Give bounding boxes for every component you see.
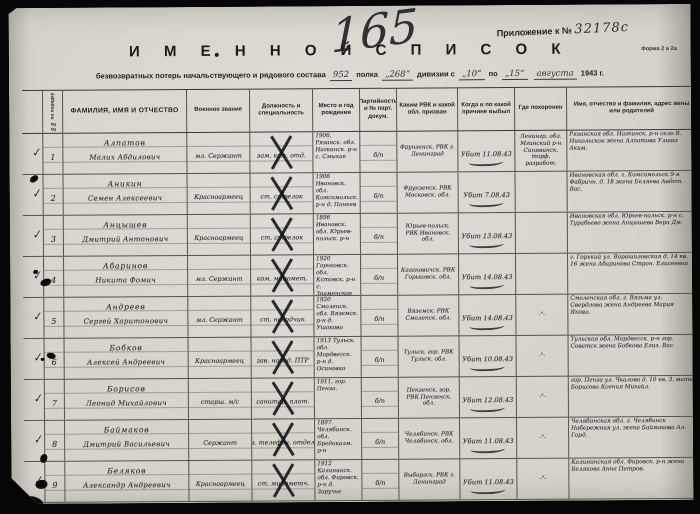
birth-cell: 1912 Калининск. обл. Фировск. р-н д. Зар… (314, 460, 361, 500)
birth-cell: 1906, Рязанск. обл. Нагкинск. р-н с. Смы… (312, 132, 359, 172)
col-header-name: ФАМИЛИЯ, ИМЯ И ОТЧЕСТВО (62, 90, 186, 133)
family-address: Смоленская обл. г. Вязьма ул. Свердлова … (568, 294, 697, 318)
name-cell: Анцышев Дмитрий Антонович (63, 215, 187, 256)
rank: Красноармеец (195, 359, 244, 366)
birth-place-year: 1920 Смоленск. обл. Вяземск. р-н д. Ушак… (314, 296, 360, 333)
casualty-record: Убит 13.08.43 (462, 233, 513, 240)
name-cell: Баймаков Дмитрий Васильевич (64, 420, 188, 461)
col-header-rank: Военное звание (186, 90, 249, 132)
rank-cell: старш. м/с (188, 379, 251, 419)
family-cell: Смоленская обл. г. Вязьма ул. Свердлова … (567, 294, 698, 335)
rank-cell: Сержант (188, 420, 251, 460)
burial-cell (515, 172, 567, 212)
row-number-cell: 1 (42, 134, 62, 174)
recruiting-office: Выборгск. РВК г. Ленинград (399, 459, 459, 499)
party-cell: б/п (360, 173, 397, 213)
casualty-record: Убит 11.08.43 (463, 479, 514, 486)
rvk-cell: Тульск. гор. РВК Тульск. обл. (398, 336, 459, 376)
table-row: ✓ 5 Андреев Сергей Харитонович мл. Сержа… (23, 294, 699, 339)
burial-cell: -"- (516, 418, 568, 458)
month-name: августа (533, 69, 576, 80)
row-number: 6 (52, 358, 57, 366)
document-title: И М Е Н Н О Й С П И С О К (9, 40, 691, 61)
subtitle-po: по (489, 69, 498, 78)
name-cell: Борисов Леонид Михайлович (64, 379, 188, 420)
casualty-record: Убит 14.08.43 (462, 315, 513, 322)
burial-place: -"- (517, 336, 568, 376)
margin-cell: ✓ (23, 257, 43, 297)
family-address: Ивановская обл. Юрьев-польск. р-н с. Тур… (568, 212, 697, 229)
recruiting-office: Юрьев-польск. РВК Ивановск. обл. (398, 213, 458, 253)
party-status: б/п (373, 153, 383, 159)
recruiting-office: Кагановичск. РВК Горьковск. обл. (398, 254, 458, 294)
family-cell: Челябинская обл. г. Челябинск Набережная… (568, 417, 699, 458)
appendix-label: Приложение к № (496, 25, 572, 38)
row-number: 4 (51, 276, 56, 284)
party-cell: б/п (361, 337, 398, 377)
name-cell: Андреев Сергей Харитонович (63, 297, 187, 338)
underline-flourish (468, 157, 503, 166)
fate-cell: Убит 11.08.43 (457, 131, 514, 171)
fate-cell: Убит 13.08.43 (458, 213, 515, 253)
fate-cell: Убит 10.08.43 (459, 336, 516, 376)
underline-flourish (470, 403, 505, 412)
table-rows: ✓ 1 Алпатов Малих Абдилович мл. Сержант … (22, 130, 700, 503)
duty: ст. стрелок (261, 236, 303, 243)
recruiting-office: Фрунзенск. РВК г. Ленинград (397, 131, 457, 171)
given-name: Дмитрий Антонович (82, 236, 168, 244)
rvk-cell: Выборгск. РВК г. Ленинград (398, 459, 459, 499)
family-cell: гор. Пенза ул. Чкалова д. 10 кв. 3. мать… (568, 376, 699, 417)
appendix-number: 32178с (574, 20, 629, 37)
given-name: Алексей Андреевич (87, 359, 165, 366)
duty: ком. телефон. отделен. (251, 440, 314, 447)
party-status: б/п (375, 399, 385, 405)
surname: Бобков (109, 344, 142, 352)
subtitle-polka: полка (356, 70, 378, 79)
col-header-party: Партийность и № парт. докум. (359, 89, 396, 131)
birth-place-year: 1896 Ивановск. обл. Юрьев-польск. р-н (314, 214, 360, 244)
rank-cell: Красноармеец (187, 215, 250, 255)
table-row: ✓ 4 Абаринов Никита Фомич мл. Сержант ко… (23, 253, 699, 298)
col-header-birth: Место и год рождения (312, 89, 359, 131)
party-status: б/п (375, 358, 385, 364)
surname: Андреев (106, 303, 145, 311)
birth-cell: 1906 Ивановск. обл. Комсомольск. р-н д. … (313, 173, 360, 213)
document-sheet: Приложение к № 32178с Форма 2 и 2а 165 И… (8, 4, 693, 504)
rank-cell: мл. Сержант (187, 297, 250, 337)
burial-place: -"- (516, 295, 567, 335)
underline-flourish (470, 362, 505, 371)
col-header-family: Имя, отчество и фамилия, адрес жены или … (566, 87, 697, 130)
rank: мл. Сержант (196, 277, 243, 284)
losses-table: №№ по порядку ФАМИЛИЯ, ИМЯ И ОТЧЕСТВО Во… (22, 86, 700, 503)
name-cell: Абаринов Никита Фомич (63, 256, 187, 297)
family-cell: Ивановская обл. Юрьев-польск. р-н с. Тур… (567, 212, 698, 253)
burial-place: Ленингр. обл. Мгинский р-н Синявинск. то… (515, 131, 566, 171)
rvk-cell: Кагановичск. РВК Горьковск. обл. (397, 254, 458, 294)
margin-cell: ✓ (22, 134, 42, 174)
table-row: ✓ 1 Алпатов Малих Абдилович мл. Сержант … (22, 130, 698, 175)
given-name: Леонид Михайлович (86, 400, 167, 407)
year-label: 1943 г. (581, 68, 604, 77)
fate-cell: Убит 7.08.43 (458, 172, 515, 212)
family-address: Челябинская обл. г. Челябинск Набережная… (569, 417, 698, 441)
rvk-cell: Вяземск. РВК Смоленск. обл. (397, 295, 458, 335)
casualty-record: Убит 7.08.43 (463, 192, 510, 199)
surname: Баймаков (104, 426, 150, 434)
underline-flourish (469, 321, 504, 330)
burial-place (516, 254, 567, 294)
margin-cell: ✓ (23, 298, 43, 338)
party-status: б/п (375, 440, 385, 446)
birth-cell: 1913 Тульск. обл. Мордвесск. р-н д. Осин… (314, 337, 361, 377)
rank-cell: мл. Сержант (187, 256, 250, 296)
margin-cell (22, 91, 42, 133)
surname: Абаринов (103, 262, 148, 270)
check-mark-icon: ✓ (33, 309, 42, 324)
row-number-cell: 7 (44, 380, 64, 420)
burial-cell: -"- (516, 336, 568, 376)
casualty-record: Убит 14.08.43 (462, 274, 513, 281)
party-cell: б/п (361, 460, 398, 500)
name-cell: Алпатов Малих Абдилович (62, 133, 186, 174)
party-status: б/п (374, 194, 384, 200)
subtitle-divisii: дивизии с (417, 69, 455, 78)
row-number: 2 (51, 194, 56, 202)
burial-cell: -"- (515, 295, 567, 335)
subtitle-prefix: безвозвратных потерь начальствующего и р… (96, 70, 326, 80)
row-number-cell: 3 (43, 216, 63, 256)
rank: мл. Сержант (195, 154, 242, 161)
rank: мл. Сержант (196, 318, 243, 325)
surname: Борисов (107, 385, 146, 393)
burial-place: -"- (517, 377, 568, 417)
birth-place-year: 1920 Горьковск. обл. Кстовск. р-н с. Зна… (314, 255, 360, 295)
rvk-cell: Юрьев-польск. РВК Ивановск. обл. (397, 213, 458, 253)
row-number: 9 (52, 481, 57, 489)
col-header-number: №№ по порядку (42, 91, 62, 133)
burial-place: -"- (517, 418, 568, 458)
table-header-row: №№ по порядку ФАМИЛИЯ, ИМЯ И ОТЧЕСТВО Во… (22, 86, 698, 134)
duty-cell: санитар. плот. (251, 378, 314, 418)
rank-cell: Красноармеец (187, 174, 250, 214)
recruiting-office: Челябинск. РВК Челябинск. обл. (399, 418, 459, 458)
fate-cell: Убит 14.08.43 (458, 295, 515, 335)
rvk-cell: Фрунзенск. РВК г. Ленинград (396, 131, 457, 171)
duty-cell: ст. наводчик (250, 296, 313, 336)
duty-cell: ком. телефон. отделен. (251, 419, 314, 459)
rvk-cell: Челябинск. РВК Челябинск. обл. (398, 418, 459, 458)
party-status: б/п (374, 276, 384, 282)
date-from: 10 (459, 69, 485, 80)
row-number: 3 (51, 235, 56, 243)
given-name: Семен Алексеевич (88, 195, 162, 202)
check-mark-icon: ✓ (32, 186, 41, 201)
col-header-duty: Должность и специальность (249, 89, 312, 131)
row-number: 8 (52, 440, 57, 448)
party-status: б/п (374, 235, 384, 241)
underline-flourish (469, 280, 504, 289)
family-address: г. Горький ул. Ворошиловская д. 14 кв. 1… (568, 253, 697, 270)
family-cell: Ивановская обл. г. Комсомольск 9-я Фабри… (567, 171, 698, 212)
duty-cell: ст. стрелок (250, 214, 313, 254)
recruiting-office: Вяземск. РВК Смоленск. обл. (398, 295, 458, 335)
family-address: Рязанская обл. Нагкинск. р-н село В. Ник… (567, 130, 696, 154)
birth-place-year: 1912 Калининск. обл. Фировск. р-н д. Зар… (315, 460, 361, 497)
table-row: ✓ 6 Бобков Алексей Андреевич Красноармее… (24, 335, 700, 380)
duty: ком. миномет. (257, 277, 308, 284)
duty: санитар. плот. (256, 400, 309, 407)
recruiting-office: Пензенск. гор. РВК Пензенск. обл. (399, 377, 459, 417)
duty: ст. наводчик (260, 318, 305, 325)
underline-flourish (469, 239, 504, 248)
party-cell: б/п (361, 419, 398, 459)
party-status: б/п (374, 317, 384, 323)
burial-cell (515, 213, 567, 253)
division-number: 268 (382, 70, 413, 81)
duty-cell: ст. стрелок (250, 173, 313, 213)
party-cell: б/п (361, 378, 398, 418)
fate-cell: Убит 14.08.43 (458, 254, 515, 294)
given-name: Малих Абдилович (89, 154, 160, 161)
birth-place-year: 1897. Челябинск. обл. Бродокалм. р-н (315, 419, 361, 456)
burial-cell (515, 254, 567, 294)
surname: Аникин (108, 180, 143, 188)
surname: Анцышев (103, 221, 147, 229)
underline-flourish (469, 198, 504, 207)
birth-place-year: 1911, гор. Пенза. (315, 378, 361, 394)
duty: ст. минометч. (258, 482, 310, 489)
given-name: Сергей Харитонович (84, 318, 169, 326)
party-cell: б/п (360, 255, 397, 295)
rank: Сержант (203, 441, 237, 448)
burial-cell: -"- (516, 459, 568, 499)
row-number-cell: 2 (43, 175, 63, 215)
check-mark-icon: ✓ (34, 432, 43, 447)
birth-cell: 1920 Горьковск. обл. Кстовск. р-н с. Зна… (313, 255, 360, 295)
check-mark-icon: ✓ (32, 145, 41, 160)
birth-place-year: 1913 Тульск. обл. Мордвесск. р-н д. Осин… (315, 337, 361, 374)
rvk-cell: Пензенск. гор. РВК Пензенск. обл. (398, 377, 459, 417)
rank: Красноармеец (194, 195, 243, 202)
rank-cell: Красноармеец (188, 461, 251, 501)
date-to: 15 (502, 69, 528, 80)
col-header-fate: Когда и по какой причине выбыл (457, 88, 514, 130)
burial-place: -"- (517, 459, 568, 499)
table-row: ✓ 7 Борисов Леонид Михайлович старш. м/с… (24, 376, 700, 421)
check-mark-icon: ✓ (33, 227, 42, 242)
duty: зам. ком. отд. (257, 154, 306, 161)
ink-blob (33, 270, 38, 274)
family-cell: Тульская обл. Мордвесск. р-н гор. Советс… (568, 335, 699, 376)
birth-cell: 1911, гор. Пенза. (314, 378, 361, 418)
row-number: 1 (50, 153, 55, 161)
surname: Беляков (107, 467, 146, 475)
birth-cell: 1920 Смоленск. обл. Вяземск. р-н д. Ушак… (313, 296, 360, 336)
duty: зав. навод. ПТР (257, 359, 309, 366)
birth-cell: 1896 Ивановск. обл. Юрьев-польск. р-н (313, 214, 360, 254)
rank-cell: Красноармеец (188, 338, 251, 378)
birth-cell: 1897. Челябинск. обл. Бродокалм. р-н (314, 419, 361, 459)
family-address: гор. Пенза ул. Чкалова д. 10 кв. 3. мать… (569, 376, 698, 393)
burial-cell: Ленингр. обл. Мгинский р-н Синявинск. то… (514, 131, 566, 171)
rank: старш. м/с (201, 400, 239, 407)
name-cell: Аникин Семен Алексеевич (63, 174, 187, 215)
casualty-record: Убит 10.08.43 (462, 356, 513, 363)
scanned-document-page: { "page": { "appendix_label": "Приложени… (0, 0, 700, 514)
ink-blob (35, 480, 47, 489)
col-header-rvk: Каким РВК и какой обл. призван (396, 88, 457, 130)
duty-cell: зав. навод. ПТР (251, 337, 314, 377)
duty-cell: зам. ком. отд. (249, 132, 312, 172)
burial-cell: -"- (516, 377, 568, 417)
family-cell: г. Горький ул. Ворошиловская д. 14 кв. 1… (567, 253, 698, 294)
rank: Красноармеец (196, 482, 245, 489)
given-name: Никита Фомич (95, 277, 156, 284)
row-number: 7 (52, 399, 57, 407)
rank: Красноармеец (194, 236, 243, 243)
rvk-cell: Фрунзенск. РВК Московск. обл. (397, 172, 458, 212)
col-header-burial: Где похоронен (514, 88, 566, 130)
document-subtitle: безвозвратных потерь начальствующего и р… (9, 68, 691, 82)
name-cell: Беляков Александр Андреевич (64, 461, 188, 502)
family-address: Калининская обл. Фировск. р-н жена Беляк… (569, 458, 698, 475)
duty-cell: ком. миномет. (250, 255, 313, 295)
recruiting-office: Фрунзенск. РВК Московск. обл. (398, 172, 458, 212)
duty: ст. стрелок (260, 195, 302, 202)
regiment-number: 952 (330, 70, 352, 81)
rank-cell: мл. Сержант (186, 133, 249, 173)
burial-place (516, 213, 567, 253)
family-cell: Рязанская обл. Нагкинск. р-н село В. Ник… (566, 130, 697, 171)
fate-cell: Убит 11.08.43 (459, 459, 516, 499)
appendix-note: Приложение к № 32178с (496, 20, 629, 40)
party-cell: б/п (360, 296, 397, 336)
table-row: ✓ 2 Аникин Семен Алексеевич Красноармеец… (23, 171, 699, 216)
birth-place-year: 1906, Рязанск. обл. Нагкинск. р-н с. Смы… (313, 132, 359, 162)
surname: Алпатов (104, 139, 146, 147)
name-cell: Бобков Алексей Андреевич (64, 338, 188, 379)
duty-cell: ст. минометч. (251, 460, 314, 500)
table-row: ✓ 8 Баймаков Дмитрий Васильевич Сержант … (24, 417, 700, 462)
family-address: Тульская обл. Мордвесск. р-н гор. Советс… (569, 335, 698, 352)
underline-flourish (470, 444, 505, 453)
party-cell: б/п (359, 132, 396, 172)
fate-cell: Убит 12.08.43 (459, 377, 516, 417)
casualty-record: Убит 11.08.43 (463, 438, 514, 445)
row-number-cell: 4 (43, 257, 63, 297)
table-row: ✓ 9 Беляков Александр Андреевич Красноар… (24, 458, 700, 503)
ink-blob (41, 358, 45, 361)
fate-cell: Убит 11.08.43 (459, 418, 516, 458)
row-number-cell: 5 (43, 298, 63, 338)
margin-cell: ✓ (24, 380, 44, 420)
burial-place (516, 172, 567, 212)
birth-place-year: 1906 Ивановск. обл. Комсомольск. р-н д. … (314, 173, 360, 210)
margin-cell: ✓ (23, 216, 43, 256)
table-row: ✓ 3 Анцышев Дмитрий Антонович Красноарме… (23, 212, 699, 257)
given-name: Александр Андреевич (83, 482, 171, 490)
party-cell: б/п (360, 214, 397, 254)
check-mark-icon: ✓ (34, 391, 43, 406)
recruiting-office: Тульск. гор. РВК Тульск. обл. (399, 336, 459, 376)
given-name: Дмитрий Васильевич (83, 441, 170, 449)
family-cell: Калининская обл. Фировск. р-н жена Беляк… (568, 458, 699, 499)
casualty-record: Убит 12.08.43 (463, 397, 514, 404)
underline-flourish (470, 485, 505, 494)
family-address: Ивановская обл. г. Комсомольск 9-я Фабри… (568, 171, 697, 195)
row-number: 5 (51, 317, 56, 325)
casualty-record: Убит 11.08.43 (461, 151, 512, 158)
party-status: б/п (375, 481, 385, 487)
